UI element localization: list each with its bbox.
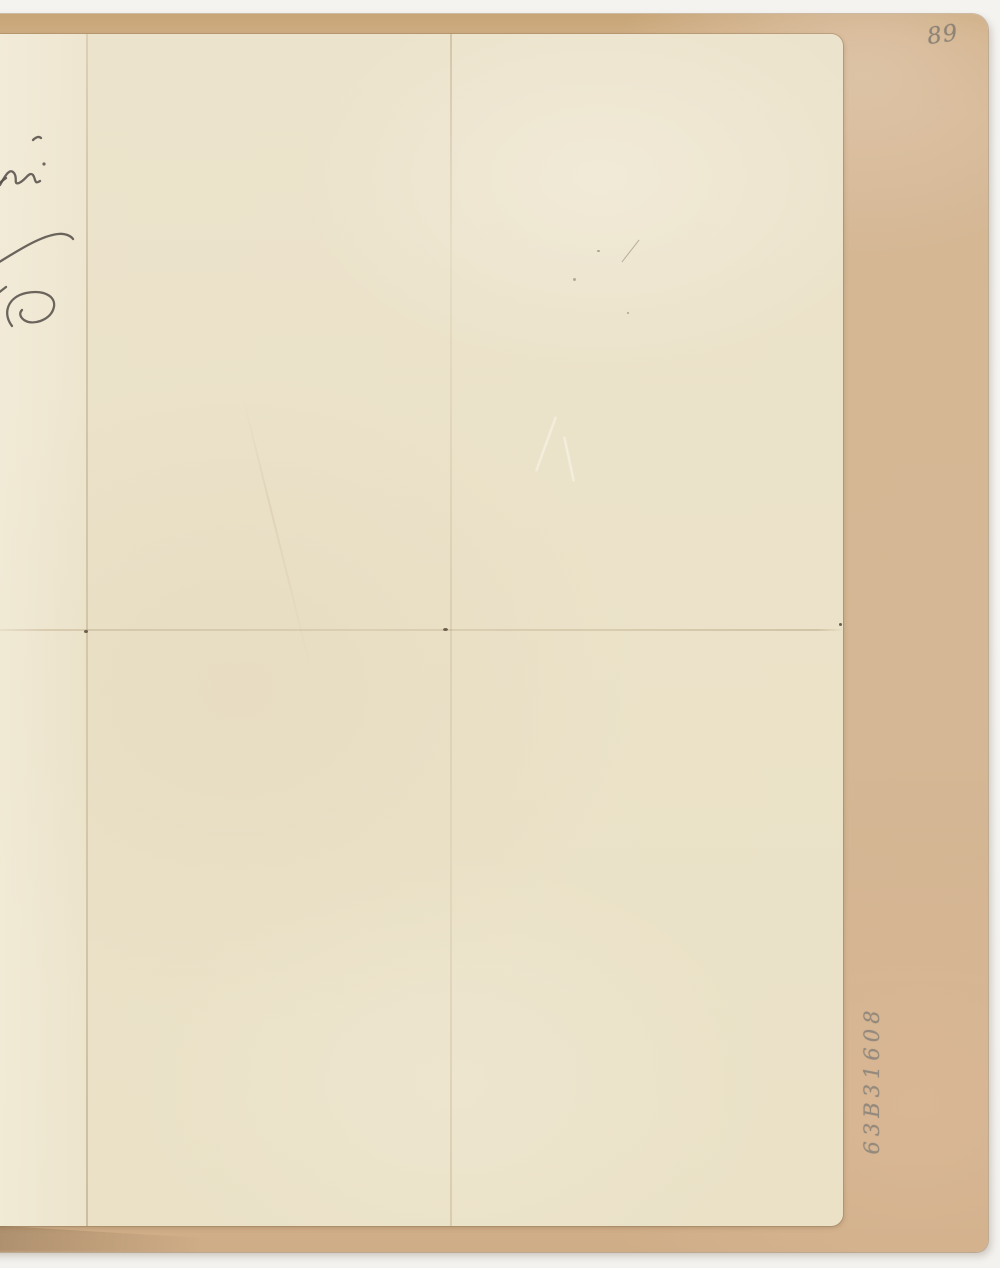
ink-speck	[597, 250, 600, 252]
ink-speck	[627, 312, 629, 314]
ink-speck	[839, 623, 842, 626]
letter-page	[0, 34, 843, 1226]
dark-scratch	[621, 240, 639, 263]
light-scratch	[535, 416, 557, 471]
light-scratch	[563, 436, 575, 481]
ink-speck	[573, 278, 576, 281]
handwriting-fragment	[0, 130, 86, 340]
ink-speck	[443, 628, 448, 631]
horizontal-crease	[0, 629, 843, 631]
folio-number: 89	[926, 16, 991, 64]
vertical-crease	[450, 34, 452, 1226]
ink-speck	[84, 630, 88, 633]
scanned-document: 89 63B31608	[0, 0, 1000, 1268]
shelfmark: 63B31608	[854, 990, 890, 1170]
